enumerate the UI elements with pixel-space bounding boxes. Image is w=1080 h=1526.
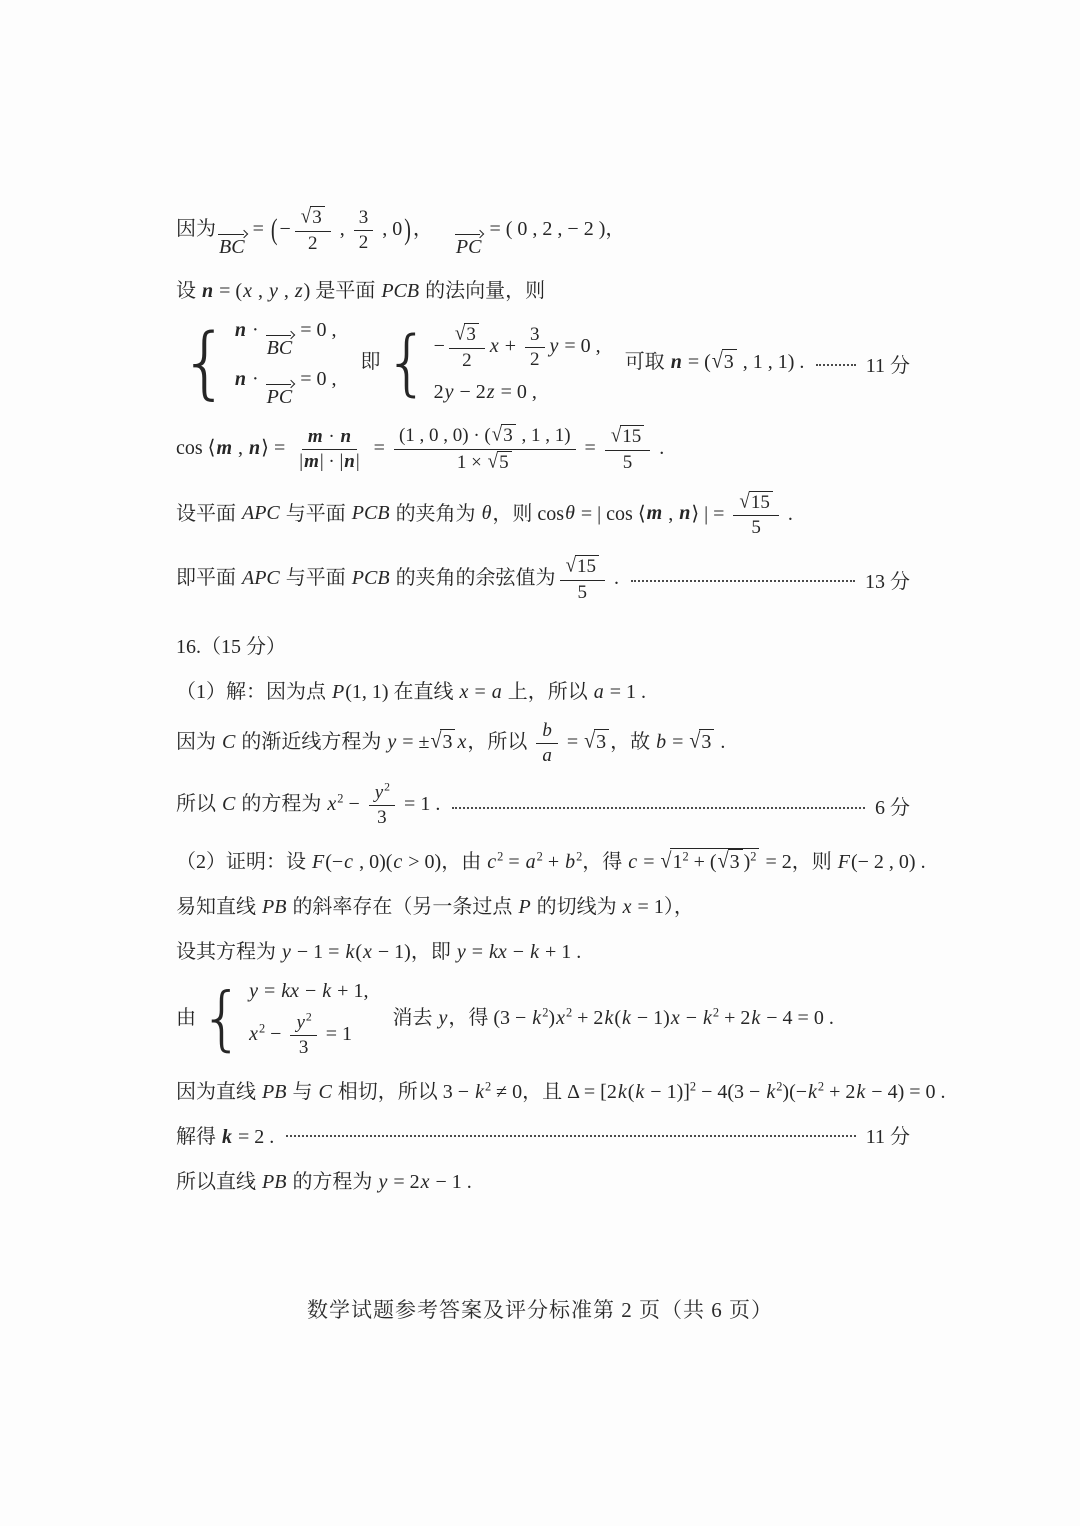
math-run: ) [304, 280, 316, 302]
math-run: = 2 [388, 1171, 419, 1193]
vector-arrow-icon [266, 330, 294, 338]
text-run: 的斜率存在（另一条过点 [287, 896, 517, 918]
numerator: 3 [525, 324, 545, 348]
text-run: 因为直线 [176, 1081, 261, 1103]
system-rows: n · BC = 0 ,n · PC = 0 , [234, 319, 337, 408]
math-var: k [321, 980, 332, 1002]
solution-line-5: 设平面 APC 与平面 PCB 的夹角为 θ，则 cosθ = | cos ⟨m… [176, 491, 910, 540]
denominator: 3 [294, 1036, 314, 1059]
fraction: 32 [354, 207, 374, 254]
math-var: y [386, 731, 397, 753]
math-var: x [242, 280, 253, 302]
fraction: √32 [295, 206, 331, 255]
math-run: cos [537, 502, 564, 524]
math-var: PB [261, 1171, 287, 1193]
fraction: √155 [605, 425, 650, 474]
score-mark: 6 分 [875, 791, 910, 820]
square-root: √3 [584, 729, 609, 754]
math-run: = [562, 731, 583, 753]
vector-overline: BC [218, 229, 246, 258]
math-run: 2 [359, 232, 369, 253]
math-run: − 1)] [645, 1081, 690, 1103]
square-root: √3 [492, 424, 516, 448]
big-paren: ) [404, 213, 411, 248]
system-row: 2y − 2z = 0 , [434, 381, 537, 404]
radical-sign-icon: √ [455, 322, 465, 346]
math-run: ， [413, 218, 433, 240]
math-var: x [670, 1007, 681, 1029]
math-run: = 1 . [399, 793, 440, 815]
vector-letters: PC [266, 387, 294, 408]
radicand: 15 [749, 491, 773, 515]
radical-sign-icon: √ [488, 450, 498, 474]
math-bold-var: k [221, 1126, 233, 1148]
line-content: 即平面 APC 与平面 PCB 的夹角的余弦值为√155 . [176, 555, 619, 604]
line-content: 易知直线 PB 的斜率存在（另一条过点 P 的切线为 x = 1）， [176, 890, 694, 919]
math-run: − 1 . [431, 1171, 472, 1193]
math-run: − 4) = 0 . [866, 1081, 945, 1103]
radical-sign-icon: √ [584, 728, 595, 753]
math-var: x [456, 731, 467, 753]
math-var: y [374, 782, 384, 803]
math-var: x [459, 681, 470, 703]
math-var: c [627, 851, 638, 873]
denominator: |m| · |n| [294, 450, 364, 473]
numerator: y2 [369, 782, 395, 806]
solution-line-17: 所以直线 PB 的方程为 y = 2x − 1 . [176, 1165, 910, 1194]
solution-line-2: 设 n = (x , y , z) 是平面 PCB 的法向量，则 [176, 274, 910, 303]
math-run: (1, 1) [345, 681, 393, 703]
math-run: = | cos ⟨ [576, 502, 646, 524]
math-bold-var: n [678, 502, 691, 524]
score-mark: 11 分 [866, 1120, 910, 1149]
math-run: 5 [499, 452, 509, 473]
math-run: + 2 [824, 1081, 855, 1103]
fraction: 32 [525, 324, 545, 371]
fraction: y23 [369, 782, 395, 829]
math-run: ( [614, 1007, 621, 1029]
math-var: a [525, 851, 537, 873]
system-row: n · PC = 0 , [234, 368, 337, 408]
math-var: k [750, 1007, 761, 1029]
text-run: 设平面 [176, 502, 241, 524]
line-content: 设 n = (x , y , z) 是平面 PCB 的法向量，则 [176, 274, 545, 303]
math-var: PCB [380, 280, 420, 302]
math-run: , [253, 280, 268, 302]
radical-sign-icon: √ [431, 728, 442, 753]
math-var: C [317, 1081, 332, 1103]
brace-icon: { [180, 330, 230, 397]
math-run: + [543, 851, 564, 873]
numerator: √3 [295, 206, 331, 232]
math-run: − [265, 1023, 286, 1045]
text-run: 可取 [625, 351, 670, 373]
text-run: 的夹角为 [391, 502, 481, 524]
math-var: k [474, 1081, 485, 1103]
line-content: 所以直线 PB 的方程为 y = 2x − 1 . [176, 1165, 472, 1194]
math-run: . [715, 731, 725, 753]
math-var: PB [261, 1081, 287, 1103]
radicand: 3 [728, 849, 743, 874]
line-content: （2）证明：设 F(−c , 0)(c > 0)，由 c2 = a2 + b2，… [176, 845, 926, 874]
text-run: 16.（15 分） [176, 636, 286, 658]
denominator: 2 [457, 349, 477, 372]
math-run: 1 × [457, 452, 487, 473]
math-run: 3 [299, 1037, 309, 1058]
math-bold-var: n [201, 280, 214, 302]
text-run: 与平面 [281, 567, 351, 589]
system-row: x2 − y23 = 1 [248, 1012, 352, 1059]
text-run: ，即 [411, 941, 456, 963]
math-var: C [221, 731, 236, 753]
math-run: − 4(3 − [696, 1081, 765, 1103]
math-run: 3 − [443, 1081, 474, 1103]
dots-leader [286, 1135, 855, 1137]
radicand: 15 [620, 425, 644, 449]
math-run: = 2 [760, 851, 791, 873]
math-var: F [311, 851, 325, 873]
math-run: − 1 = [292, 941, 345, 963]
square-root: √5 [488, 451, 512, 475]
math-run: = ( 0 , 2 , − 2 )， [484, 218, 625, 240]
math-run: . [654, 437, 664, 459]
numerator: b [536, 720, 558, 744]
denominator: 5 [746, 516, 766, 539]
numerator: m · n [302, 426, 357, 450]
system-row: n · BC = 0 , [234, 319, 337, 359]
math-var: θ [481, 502, 493, 524]
line-content: 解得 k = 2 . [176, 1120, 274, 1149]
fraction: y23 [290, 1012, 316, 1059]
math-run: (− 2 , 0) . [851, 851, 926, 873]
text-run: 的方程为 [236, 793, 326, 815]
line-content: 因为 C 的渐近线方程为 y = ±√3x，所以 ba = √3，故 b = √… [176, 720, 725, 767]
square-root: √3 [455, 323, 479, 347]
text-run: 设 [176, 280, 201, 302]
math-run: ( [355, 941, 362, 963]
math-run: Δ = [2 [567, 1081, 617, 1103]
text-run: 相切，所以 [333, 1081, 443, 1103]
vector-arrow-icon [455, 229, 483, 237]
line-content: 设其方程为 y − 1 = k(x − 1)，即 y = kx − k + 1 … [176, 935, 581, 964]
superscript: 2 [750, 850, 756, 864]
math-var: C [221, 793, 236, 815]
radicand: 3 [594, 729, 609, 754]
denominator: 5 [573, 581, 593, 604]
numerator: √15 [560, 555, 605, 581]
solution-line-11: （2）证明：设 F(−c , 0)(c > 0)，由 c2 = a2 + b2，… [176, 845, 910, 874]
math-var: P [331, 681, 345, 703]
square-root: √3 [431, 729, 456, 754]
math-run: 3 [312, 207, 322, 228]
math-run: 2 [434, 381, 444, 403]
math-var: kx [280, 980, 300, 1002]
math-run: 3 [730, 851, 740, 873]
square-root: √12 + (√3)2 [660, 848, 759, 874]
system-row: y = kx − k + 1, [248, 980, 368, 1003]
math-run: − [280, 218, 291, 240]
radicand: 3 [464, 323, 479, 347]
math-run: > 0) [403, 851, 441, 873]
math-var: k [621, 1007, 632, 1029]
math-run: 3 [442, 731, 452, 753]
fraction: (1 , 0 , 0) · (√3 , 1 , 1)1 × √5 [394, 424, 576, 475]
solution-line-10: 所以 C 的方程为 x2 − y23 = 1 .6 分 [176, 782, 910, 829]
math-var: x [555, 1007, 566, 1029]
numerator: √3 [449, 323, 485, 349]
math-run: (1 , 0 , 0) · ( [399, 425, 491, 446]
math-var: k [634, 1081, 645, 1103]
math-run: + 2 [719, 1007, 750, 1029]
math-var: y [444, 381, 455, 403]
math-run: = 0 , [295, 368, 336, 390]
math-var: c [392, 851, 403, 873]
math-run: + ( [689, 851, 717, 873]
math-var: y [295, 1012, 305, 1033]
math-var: k [617, 1081, 628, 1103]
math-run: = 0 , [496, 381, 537, 403]
text-run: 的渐近线方程为 [236, 731, 386, 753]
line-content: {n · BC = 0 ,n · PC = 0 ,即{−√32x + 32y =… [176, 319, 804, 408]
math-run: = [248, 218, 269, 240]
dots-leader [631, 580, 855, 582]
math-run: 3 [503, 425, 513, 446]
math-run: = [503, 851, 524, 873]
radical-sign-icon: √ [566, 554, 576, 578]
equation-system: {−√32x + 32y = 0 ,2y − 2z = 0 , [384, 323, 600, 404]
denominator: 3 [372, 806, 392, 829]
dots-leader [816, 364, 855, 366]
math-run: 3 [359, 207, 369, 228]
text-run: 的切线为 [532, 896, 622, 918]
math-run: ⟩ = [261, 437, 290, 459]
math-run: = 2 . [233, 1126, 274, 1148]
math-run: cos ⟨ [176, 437, 215, 459]
radical-sign-icon: √ [718, 848, 729, 874]
math-run: (− [325, 851, 343, 873]
math-run: = [259, 980, 280, 1002]
text-run: ，得 [582, 851, 627, 873]
math-bold-var: n [670, 351, 683, 373]
math-bold-var: m [307, 426, 324, 447]
math-var: x [326, 793, 337, 815]
math-var: k [855, 1081, 866, 1103]
math-var: a [541, 745, 553, 766]
system-rows: −√32x + 32y = 0 ,2y − 2z = 0 , [434, 323, 601, 404]
square-root: √3 [718, 849, 743, 874]
system-row: −√32x + 32y = 0 , [434, 323, 601, 372]
numerator: √15 [733, 491, 778, 517]
page-footer-text: 数学试题参考答案及评分标准第 2 页（共 6 页） [307, 1298, 773, 1322]
big-paren: ( [271, 213, 278, 248]
math-run: | · | [320, 451, 343, 472]
square-root: √15 [566, 555, 599, 579]
line-content: 所以 C 的方程为 x2 − y23 = 1 . [176, 782, 440, 829]
numerator: 3 [354, 207, 374, 231]
math-run: − [300, 980, 321, 1002]
math-run: ⟩ | = [691, 502, 729, 524]
math-run: + 2 [572, 1007, 603, 1029]
math-var: PB [261, 896, 287, 918]
text-run: （2）证明：设 [176, 851, 311, 873]
math-bold-var: n [339, 426, 352, 447]
math-run: = 0 , [295, 319, 336, 341]
math-run: − 2 [455, 381, 486, 403]
math-run: = [369, 437, 390, 459]
radical-sign-icon: √ [301, 205, 311, 229]
math-var: b [564, 851, 576, 873]
text-run: 所以 [176, 793, 221, 815]
dots-leader [452, 807, 865, 809]
math-run: 2 [308, 233, 318, 254]
math-run: = 1 [633, 896, 664, 918]
page-footer: 数学试题参考答案及评分标准第 2 页（共 6 页） [0, 1294, 1080, 1324]
radical-sign-icon: √ [739, 489, 749, 513]
math-run: 3 [377, 807, 387, 828]
text-run: 是平面 [315, 280, 380, 302]
text-run: 上，所以 [503, 681, 593, 703]
vector-letters: BC [266, 338, 294, 359]
radicand: 5 [497, 451, 512, 475]
text-run: 即平面 [176, 567, 241, 589]
square-root: √15 [611, 425, 644, 449]
math-var: PCB [351, 502, 391, 524]
solution-line-14: 由{y = kx − k + 1,x2 − y23 = 1消去 y，得 (3 −… [176, 980, 910, 1059]
math-bold-var: m [215, 437, 233, 459]
text-run: 的法向量，则 [420, 280, 545, 302]
math-run: , 0 [377, 218, 402, 240]
fraction: √155 [560, 555, 605, 604]
solution-line-3: {n · BC = 0 ,n · PC = 0 ,即{−√32x + 32y =… [176, 319, 910, 408]
math-run: (3 − [493, 1007, 531, 1029]
radicand: 3 [722, 349, 737, 374]
math-var: x [248, 1023, 259, 1045]
radical-sign-icon: √ [492, 423, 502, 447]
math-var: APC [241, 567, 281, 589]
math-run: − [681, 1007, 702, 1029]
text-run: 消去 [392, 1007, 437, 1029]
denominator: 5 [618, 451, 638, 474]
brace-icon: { [384, 333, 429, 393]
math-run: 15 [577, 556, 596, 577]
math-run: 15 [622, 426, 641, 447]
fraction: m · n|m| · |n| [294, 426, 364, 473]
system-rows: y = kx − k + 1,x2 − y23 = 1 [248, 980, 368, 1059]
math-run: 5 [623, 452, 633, 473]
text-run: ，所以 [467, 731, 532, 753]
math-var: y [437, 1007, 448, 1029]
text-run: （1）解：因为点 [176, 681, 331, 703]
math-run: + 1 . [540, 941, 581, 963]
math-run: 15 [751, 492, 770, 513]
radicand: 15 [575, 555, 599, 579]
math-var: k [531, 1007, 542, 1029]
math-run: 3 [596, 731, 606, 753]
math-run: 3 [530, 324, 540, 345]
text-run: 所以直线 [176, 1171, 261, 1193]
math-run: = [638, 851, 659, 873]
math-run: = ( [683, 351, 711, 373]
square-root: √3 [301, 206, 325, 230]
vector-overline: BC [266, 330, 294, 359]
denominator: 2 [525, 348, 545, 371]
radicand: 3 [501, 424, 516, 448]
math-var: b [655, 731, 667, 753]
math-run: ≠ 0 [491, 1081, 522, 1103]
superscript: 2 [384, 781, 390, 794]
vector-letters: BC [218, 237, 246, 258]
math-var: k [603, 1007, 614, 1029]
math-run: 5 [578, 582, 588, 603]
math-run: = 0 , [559, 335, 600, 357]
math-run: = 1 . [605, 681, 646, 703]
score-mark: 13 分 [865, 565, 910, 594]
solution-line-4: cos ⟨m , n⟩ = m · n|m| · |n| = (1 , 0 , … [176, 424, 910, 475]
math-var: a [593, 681, 605, 703]
math-run: − 4 = 0 . [761, 1007, 834, 1029]
text-run: ，则 [792, 851, 837, 873]
numerator: y2 [290, 1012, 316, 1036]
math-run: , [335, 218, 350, 240]
math-run: , 0)( [354, 851, 392, 873]
math-bold-var: n [343, 451, 356, 472]
square-root: √3 [689, 729, 714, 754]
math-var: PCB [351, 567, 391, 589]
math-run: 3 [466, 324, 476, 345]
radicand: 3 [699, 729, 714, 754]
text-run: 与 [287, 1081, 317, 1103]
math-run: 5 [751, 517, 761, 538]
math-var: APC [241, 502, 281, 524]
text-run: 设其方程为 [176, 941, 281, 963]
vector-letters: PC [455, 237, 483, 258]
math-run: . [783, 502, 793, 524]
math-var: k [807, 1081, 818, 1103]
numerator: (1 , 0 , 0) · (√3 , 1 , 1) [394, 424, 576, 450]
text-run: ）， [664, 896, 694, 918]
math-run: | [356, 451, 360, 472]
line-content: 16.（15 分） [176, 630, 286, 659]
math-run: , 1 , 1) [517, 425, 571, 446]
math-run: )(− [782, 1081, 807, 1103]
math-var: P [517, 896, 531, 918]
text-run: 解得 [176, 1126, 221, 1148]
square-root: √15 [739, 491, 772, 515]
math-run: = ± [397, 731, 429, 753]
math-var: y [268, 280, 279, 302]
math-run: − [343, 793, 364, 815]
math-var: y [377, 1171, 388, 1193]
text-run: 因为 [176, 218, 216, 240]
radical-sign-icon: √ [689, 728, 700, 753]
solution-line-8: （1）解：因为点 P(1, 1) 在直线 x = a 上，所以 a = 1 . [176, 675, 910, 704]
equation-system: {n · BC = 0 ,n · PC = 0 , [180, 319, 336, 408]
square-root: √3 [712, 349, 737, 374]
equation-system: {y = kx − k + 1,x2 − y23 = 1 [200, 980, 368, 1059]
math-run: · [247, 319, 264, 341]
math-var: y [549, 335, 560, 357]
numerator: √15 [605, 425, 650, 451]
math-run: − 1) [632, 1007, 670, 1029]
brace-icon: { [200, 990, 244, 1049]
math-var: x [420, 1171, 431, 1193]
math-run: 1 [672, 851, 682, 873]
math-var: z [486, 381, 496, 403]
text-run: ，由 [441, 851, 486, 873]
text-run: ，则 [492, 502, 537, 524]
math-run: − 1) [373, 941, 411, 963]
document-page: 因为BC = (−√32 , 32 , 0)，PC = ( 0 , 2 , − … [0, 0, 1080, 1526]
